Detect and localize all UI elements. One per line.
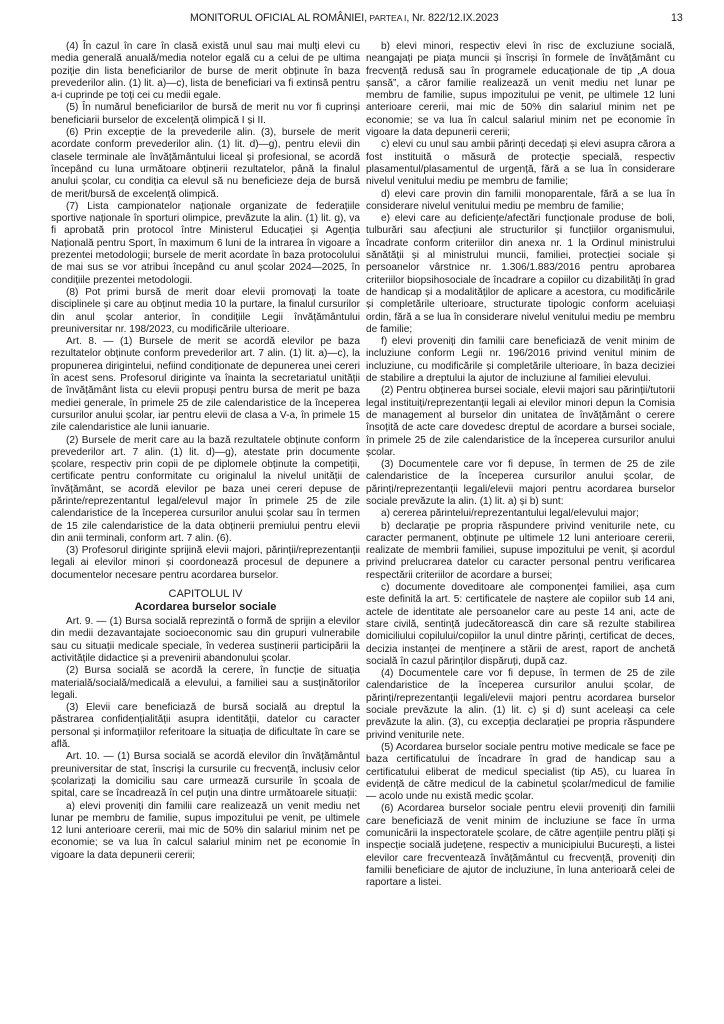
paragraph: (4) În cazul în care în clasă există unu… xyxy=(51,41,360,102)
paragraph: (3) Profesorul diriginte sprijină elevii… xyxy=(51,545,360,582)
paragraph: (6) Acordarea burselor sociale pentru el… xyxy=(366,803,675,889)
paragraph: (7) Lista campionatelor naționale organi… xyxy=(51,201,360,287)
paragraph: (4) Documentele care vor fi depuse, în t… xyxy=(366,668,675,742)
paragraph: a) cererea părintelui/reprezentantului l… xyxy=(366,508,675,520)
chapter-title: Acordarea burselor sociale xyxy=(51,601,360,614)
publication-title: MONITORUL OFICIAL AL ROMÂNIEI, PARTEA I,… xyxy=(190,12,499,24)
paragraph: b) elevi minori, respectiv elevi în risc… xyxy=(366,41,675,139)
paragraph: (3) Elevii care beneficiază de bursă soc… xyxy=(51,702,360,751)
paragraph: f) elevi proveniți din familii care bene… xyxy=(366,336,675,385)
paragraph: (5) Acordarea burselor sociale pentru mo… xyxy=(366,742,675,803)
paragraph: (8) Pot primi bursă de merit doar elevii… xyxy=(51,287,360,336)
paragraph: (2) Bursele de merit care au la bază rez… xyxy=(51,435,360,546)
chapter-label: CAPITOLUL IV xyxy=(51,588,360,601)
paragraph: c) elevi cu unul sau ambii părinți deced… xyxy=(366,139,675,188)
page-header: MONITORUL OFICIAL AL ROMÂNIEI, PARTEA I,… xyxy=(0,12,724,28)
paragraph: (2) Pentru obținerea bursei sociale, ele… xyxy=(366,385,675,459)
paragraph: (6) Prin excepție de la prevederile alin… xyxy=(51,127,360,201)
publication-name: MONITORUL OFICIAL AL ROMÂNIEI, xyxy=(190,12,367,24)
publication-part: PARTEA I xyxy=(367,13,406,23)
paragraph: c) documente doveditoare ale componenței… xyxy=(366,582,675,668)
paragraph: a) elevi proveniți din familii care real… xyxy=(51,801,360,862)
left-column: (4) În cazul în care în clasă există unu… xyxy=(51,41,360,862)
paragraph: d) elevi care provin din familii monopar… xyxy=(366,189,675,214)
paragraph: Art. 8. — (1) Bursele de merit se acordă… xyxy=(51,336,360,434)
paragraph: (3) Documentele care vor fi depuse, în t… xyxy=(366,459,675,508)
paragraph: (2) Bursa socială se acordă la cerere, î… xyxy=(51,665,360,702)
paragraph: Art. 10. — (1) Bursa socială se acordă e… xyxy=(51,751,360,800)
paragraph: (5) În numărul beneficiarilor de bursă d… xyxy=(51,102,360,127)
page-number: 13 xyxy=(671,12,683,24)
publication-issue: , Nr. 822/12.IX.2023 xyxy=(406,12,498,24)
paragraph: e) elevi care au deficiențe/afectări fun… xyxy=(366,213,675,336)
right-column: b) elevi minori, respectiv elevi în risc… xyxy=(366,41,675,889)
paragraph: b) declarație pe propria răspundere priv… xyxy=(366,521,675,582)
paragraph: Art. 9. — (1) Bursa socială reprezintă o… xyxy=(51,616,360,665)
